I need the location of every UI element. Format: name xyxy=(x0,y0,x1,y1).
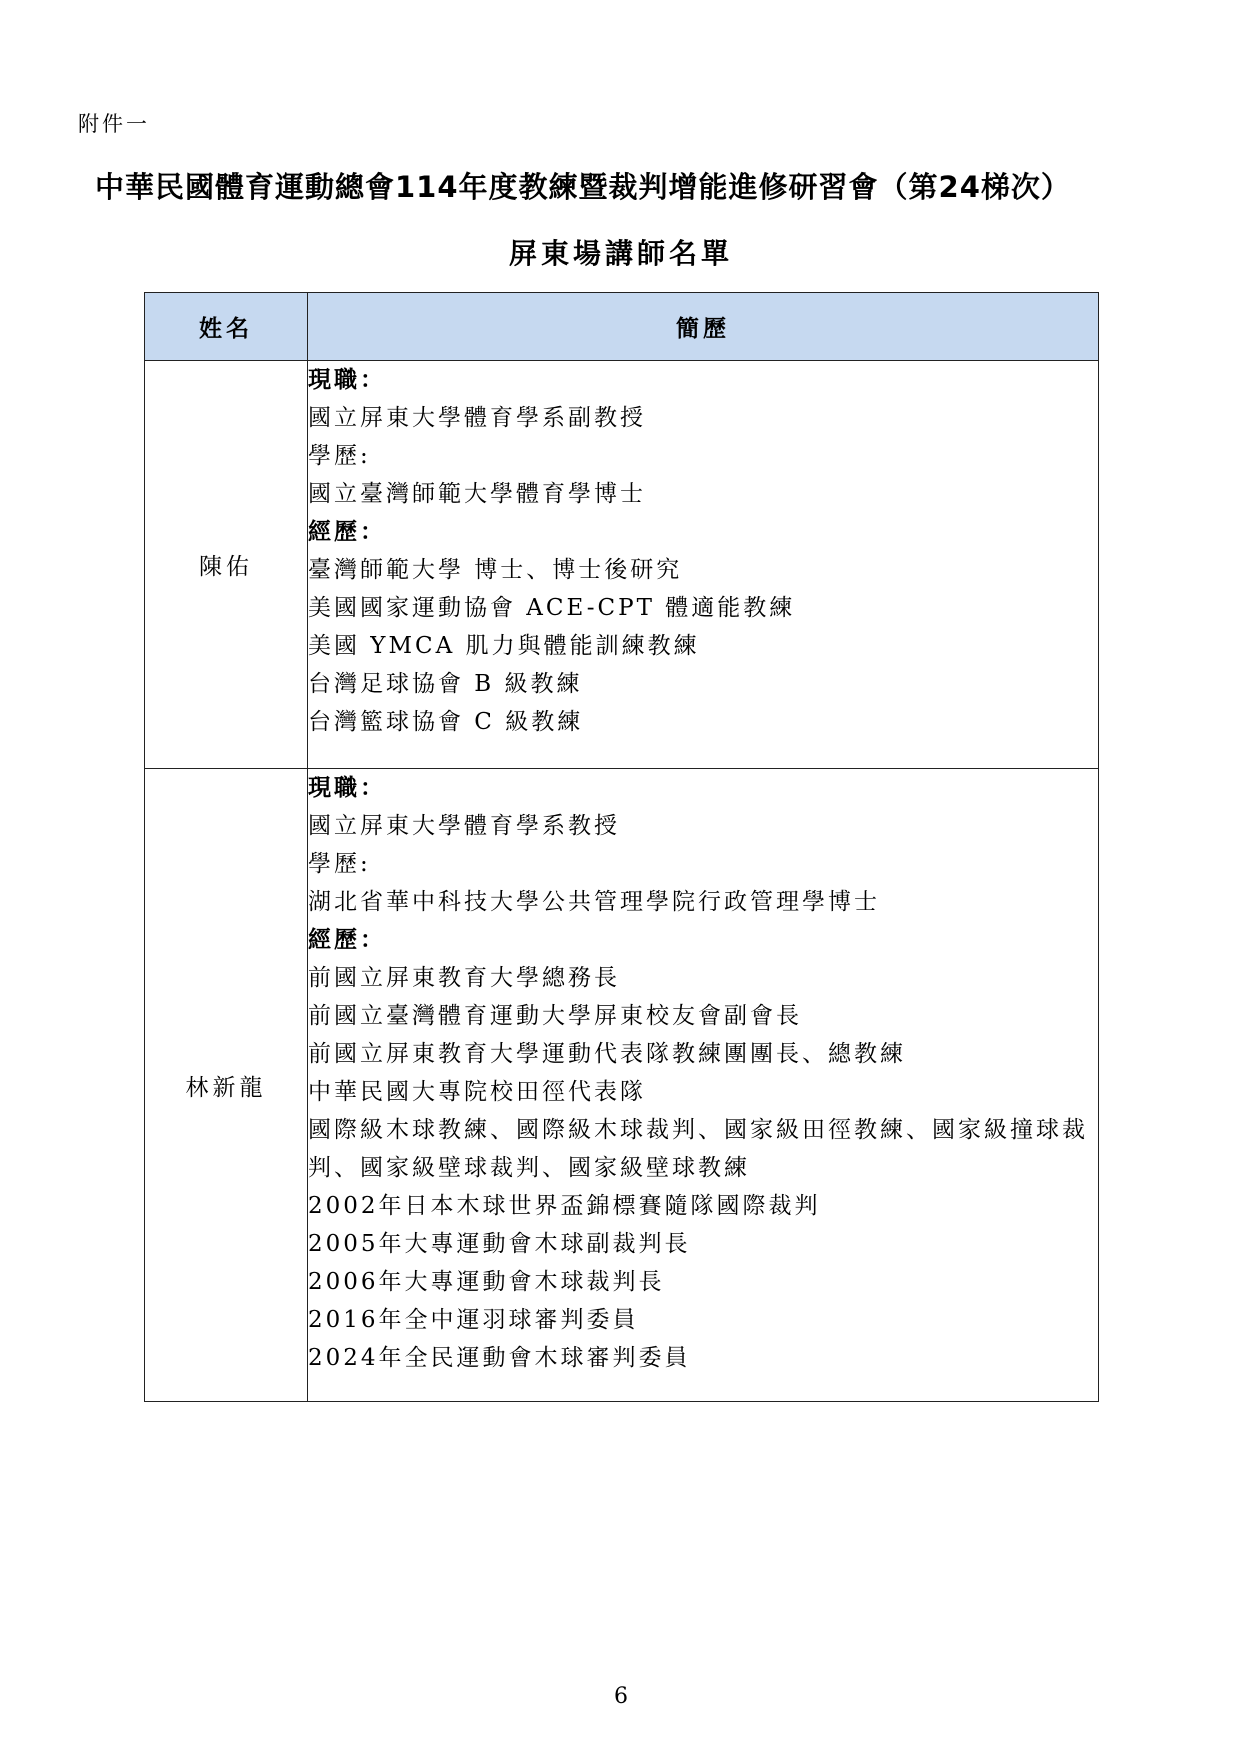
experience-item: 2006年大專運動會木球裁判長 xyxy=(308,1263,1098,1301)
experience-item: 台灣籃球協會 C 級教練 xyxy=(308,703,1098,741)
page-number: 6 xyxy=(0,1684,1242,1709)
experience-item: 前國立臺灣體育運動大學屏東校友會副會長 xyxy=(308,997,1098,1035)
experience-item: 美國國家運動協會 ACE-CPT 體適能教練 xyxy=(308,589,1098,627)
education-heading: 學歷: xyxy=(308,437,1098,475)
instructor-bio: 現職： 國立屏東大學體育學系教授 學歷: 湖北省華中科技大學公共管理學院行政管理… xyxy=(308,769,1099,1402)
experience-item: 國際級木球教練、國際級木球裁判、國家級田徑教練、國家級撞球裁判、國家級壁球裁判、… xyxy=(308,1111,1098,1187)
experience-heading: 經歷： xyxy=(308,513,1098,551)
experience-item: 前國立屏東教育大學總務長 xyxy=(308,959,1098,997)
experience-item: 2024年全民運動會木球審判委員 xyxy=(308,1339,1098,1377)
experience-item: 2005年大專運動會木球副裁判長 xyxy=(308,1225,1098,1263)
header-bio: 簡歷 xyxy=(308,293,1099,361)
experience-item: 美國 YMCA 肌力與體能訓練教練 xyxy=(308,627,1098,665)
current-position-heading: 現職： xyxy=(308,361,1098,399)
table-header-row: 姓名 簡歷 xyxy=(145,293,1099,361)
table-row: 林新龍 現職： 國立屏東大學體育學系教授 學歷: 湖北省華中科技大學公共管理學院… xyxy=(145,769,1099,1402)
experience-heading: 經歷： xyxy=(308,921,1098,959)
current-position: 國立屏東大學體育學系教授 xyxy=(308,807,1098,845)
experience-item: 前國立屏東教育大學運動代表隊教練團團長、總教練 xyxy=(308,1035,1098,1073)
experience-item: 台灣足球協會 B 級教練 xyxy=(308,665,1098,703)
experience-item: 2016年全中運羽球審判委員 xyxy=(308,1301,1098,1339)
current-position-heading: 現職： xyxy=(308,769,1098,807)
header-name: 姓名 xyxy=(145,293,308,361)
experience-item: 2002年日本木球世界盃錦標賽隨隊國際裁判 xyxy=(308,1187,1098,1225)
table-row: 陳佑 現職： 國立屏東大學體育學系副教授 學歷: 國立臺灣師範大學體育學博士 經… xyxy=(145,361,1099,769)
document-title: 中華民國體育運動總會114年度教練暨裁判增能進修研習會（第24梯次） xyxy=(95,165,1071,206)
experience-item: 中華民國大專院校田徑代表隊 xyxy=(308,1073,1098,1111)
instructor-bio: 現職： 國立屏東大學體育學系副教授 學歷: 國立臺灣師範大學體育學博士 經歷： … xyxy=(308,361,1099,769)
attachment-label: 附件一 xyxy=(78,108,150,138)
instructor-name: 陳佑 xyxy=(145,361,308,769)
education: 國立臺灣師範大學體育學博士 xyxy=(308,475,1098,513)
current-position: 國立屏東大學體育學系副教授 xyxy=(308,399,1098,437)
experience-item: 臺灣師範大學 博士、博士後研究 xyxy=(308,551,1098,589)
instructor-table: 姓名 簡歷 陳佑 現職： 國立屏東大學體育學系副教授 學歷: 國立臺灣師範大學體… xyxy=(144,292,1099,1402)
education-heading: 學歷: xyxy=(308,845,1098,883)
instructor-name: 林新龍 xyxy=(145,769,308,1402)
education: 湖北省華中科技大學公共管理學院行政管理學博士 xyxy=(308,883,1098,921)
document-subtitle: 屏東場講師名單 xyxy=(0,232,1242,272)
